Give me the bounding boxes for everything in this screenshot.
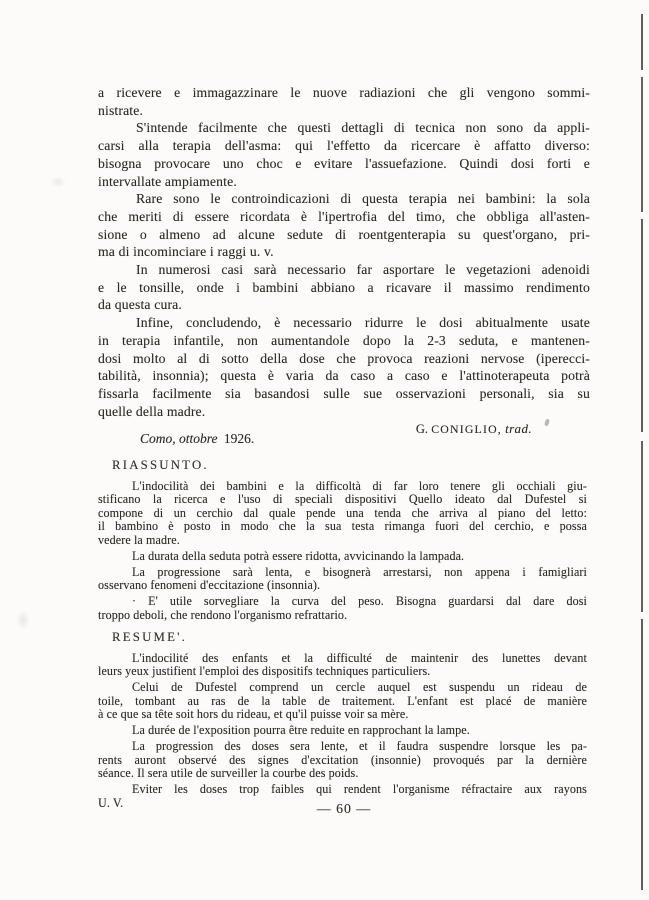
text-line: leurs yeux justifient l'emploi des dispo…: [98, 665, 587, 678]
text-line: intervallate ampiamente.: [98, 173, 590, 191]
text-line: quelle della madre.: [98, 403, 590, 421]
paragraph: Rare sono le controindicazioni di questa…: [98, 190, 590, 261]
text-line: bisogna provocare uno choc e evitare l'a…: [98, 155, 590, 173]
text-line: toile, tombant au ras de la table de tra…: [98, 695, 587, 708]
translator-surname: CONIGLIO,: [431, 422, 502, 436]
text-line: In numerosi casi sarà necessario far asp…: [98, 261, 590, 279]
text-line: La progressione sarà lenta, e bisognerà …: [98, 566, 587, 579]
riassunto-heading: RIASSUNTO.: [112, 458, 209, 473]
riassunto-body-text: L'indocilità dei bambini e la difficoltà…: [98, 480, 587, 622]
text-line: dosi molto al di sotto della dose che pr…: [98, 350, 590, 368]
text-line: L'indocilité des enfants et la difficult…: [98, 652, 587, 665]
text-line: carsi alla terapia dell'asma: qui l'effe…: [98, 137, 590, 155]
paragraph: In numerosi casi sarà necessario far asp…: [98, 261, 590, 314]
text-line: tabilità, insonnia); questa è varia da c…: [98, 367, 590, 385]
scan-smudge: [16, 610, 30, 630]
translator-role: trad.: [505, 421, 532, 436]
text-line: Rare sono le controindicazioni di questa…: [98, 190, 590, 208]
paragraph: La progressione sarà lenta, e bisognerà …: [98, 566, 587, 593]
paragraph: · E' utile sorvegliare la curva del peso…: [98, 595, 587, 622]
text-line: sione o almeno ad alcune sedute di roent…: [98, 226, 590, 244]
text-line: fissarla facilmente sia basandosi sulle …: [98, 385, 590, 403]
text-line: L'indocilità dei bambini e la difficoltà…: [98, 480, 587, 493]
scan-smudge: [50, 176, 66, 188]
text-line: La durata della seduta potrà essere rido…: [98, 550, 587, 563]
paragraph: Infine, concludendo, è necessario ridurr…: [98, 314, 590, 420]
text-line: che meriti di essere ricordata è l'ipert…: [98, 208, 590, 226]
resume-heading: RESUME'.: [112, 630, 187, 645]
paragraph: L'indocilità dei bambini e la difficoltà…: [98, 480, 587, 547]
text-line: · E' utile sorvegliare la curva del peso…: [98, 595, 587, 608]
article-body-text: a ricevere e immagazzinare le nuove radi…: [98, 84, 590, 420]
text-line: Celui de Dufestel comprend un cercle auq…: [98, 681, 587, 694]
dateline-year: 1926.: [224, 431, 254, 446]
page-number: — 60 —: [98, 801, 590, 817]
scan-edge-artifact: [641, 14, 643, 890]
paragraph: a ricevere e immagazzinare le nuove radi…: [98, 84, 590, 119]
text-line: à ce que sa tête soit hors du rideau, et…: [98, 708, 587, 721]
scanned-page: a ricevere e immagazzinare le nuove radi…: [0, 0, 649, 900]
text-line: compone di un cerchio dal quale pende un…: [98, 507, 587, 520]
text-line: La durée de l'exposition pourra être red…: [98, 724, 587, 737]
resume-body-text: L'indocilité des enfants et la difficult…: [98, 652, 587, 810]
text-line: stificano la ricerca e l'uso di speciali…: [98, 493, 587, 506]
text-line: nistrate.: [98, 102, 590, 120]
text-line: troppo deboli, che rendono l'organismo r…: [98, 609, 587, 622]
text-line: rents auront observé des signes d'excita…: [98, 754, 587, 767]
text-line: S'intende facilmente che questi dettagli…: [98, 119, 590, 137]
paragraph: La durée de l'exposition pourra être red…: [98, 724, 587, 737]
translator-initial: G.: [416, 422, 428, 436]
text-line: ma di incominciare i raggi u. v.: [98, 243, 590, 261]
text-line: da questa cura.: [98, 296, 590, 314]
text-line: a ricevere e immagazzinare le nuove radi…: [98, 84, 590, 102]
text-line: in terapia infantile, non aumentandole d…: [98, 332, 590, 350]
text-line: e le tonsille, onde i bambini abbiano a …: [98, 279, 590, 297]
text-line: il bambino è posto in modo che la sua te…: [98, 520, 587, 533]
paragraph: La durata della seduta potrà essere rido…: [98, 550, 587, 563]
paragraph: Celui de Dufestel comprend un cercle auq…: [98, 681, 587, 721]
text-line: osservano fenomeni d'eccitazione (insonn…: [98, 579, 587, 592]
dateline-place-month: Como, ottobre: [140, 431, 218, 446]
paragraph: L'indocilité des enfants et la difficult…: [98, 652, 587, 679]
paragraph: La progression des doses sera lente, et …: [98, 740, 587, 780]
paragraph: S'intende facilmente che questi dettagli…: [98, 119, 590, 190]
text-line: séance. Il sera utile de surveiller la c…: [98, 767, 587, 780]
text-line: Eviter les doses trop faibles qui renden…: [98, 783, 587, 796]
text-line: Infine, concludendo, è necessario ridurr…: [98, 314, 590, 332]
text-line: vedere la madre.: [98, 534, 587, 547]
dateline: Como, ottobre 1926.: [140, 431, 254, 447]
text-line: La progression des doses sera lente, et …: [98, 740, 587, 753]
